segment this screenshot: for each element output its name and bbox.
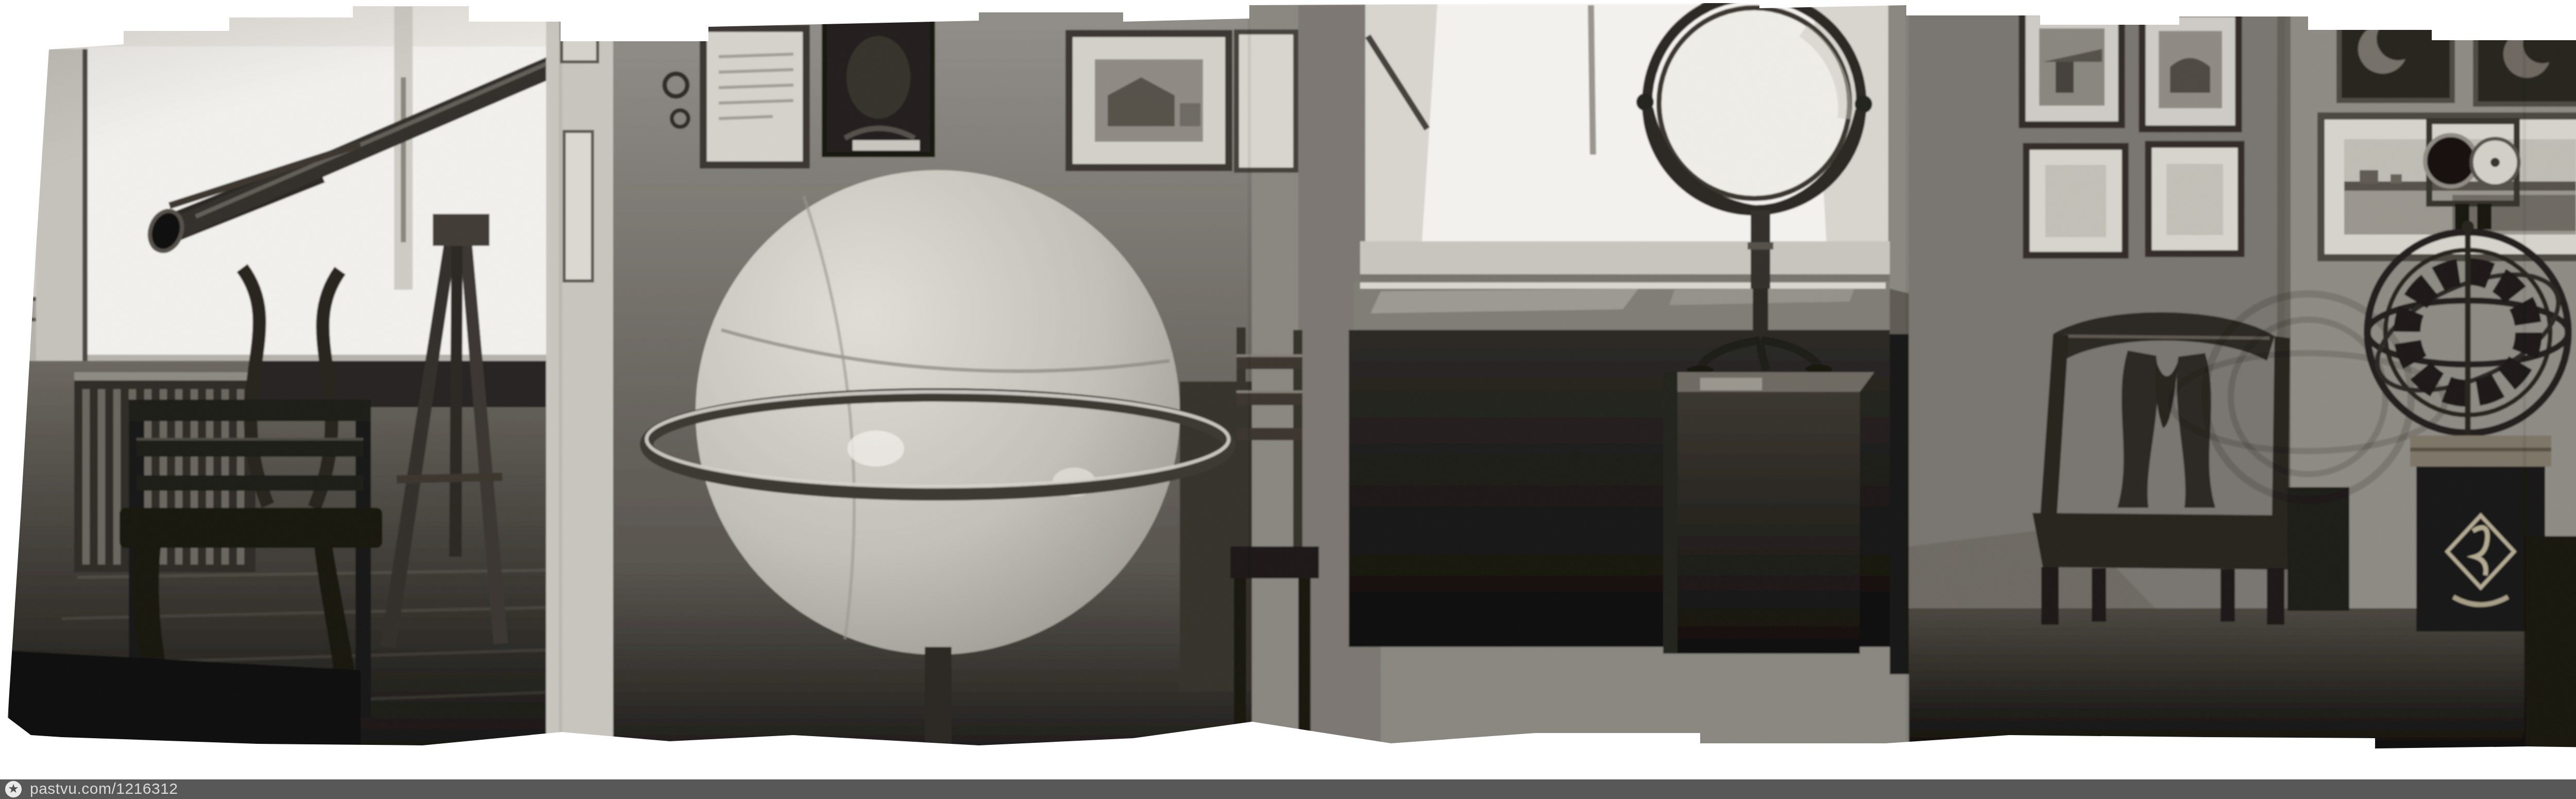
photo-clip-group — [0, 0, 2576, 799]
screenshot-root: ★ pastvu.com/1216312 — [0, 0, 2576, 799]
watermark-bar: ★ pastvu.com/1216312 — [0, 779, 2576, 799]
star-in-circle-icon: ★ — [5, 781, 22, 797]
panorama-photo — [0, 0, 2576, 799]
film-grain — [0, 0, 2576, 799]
watermark-text: pastvu.com/1216312 — [30, 780, 178, 798]
